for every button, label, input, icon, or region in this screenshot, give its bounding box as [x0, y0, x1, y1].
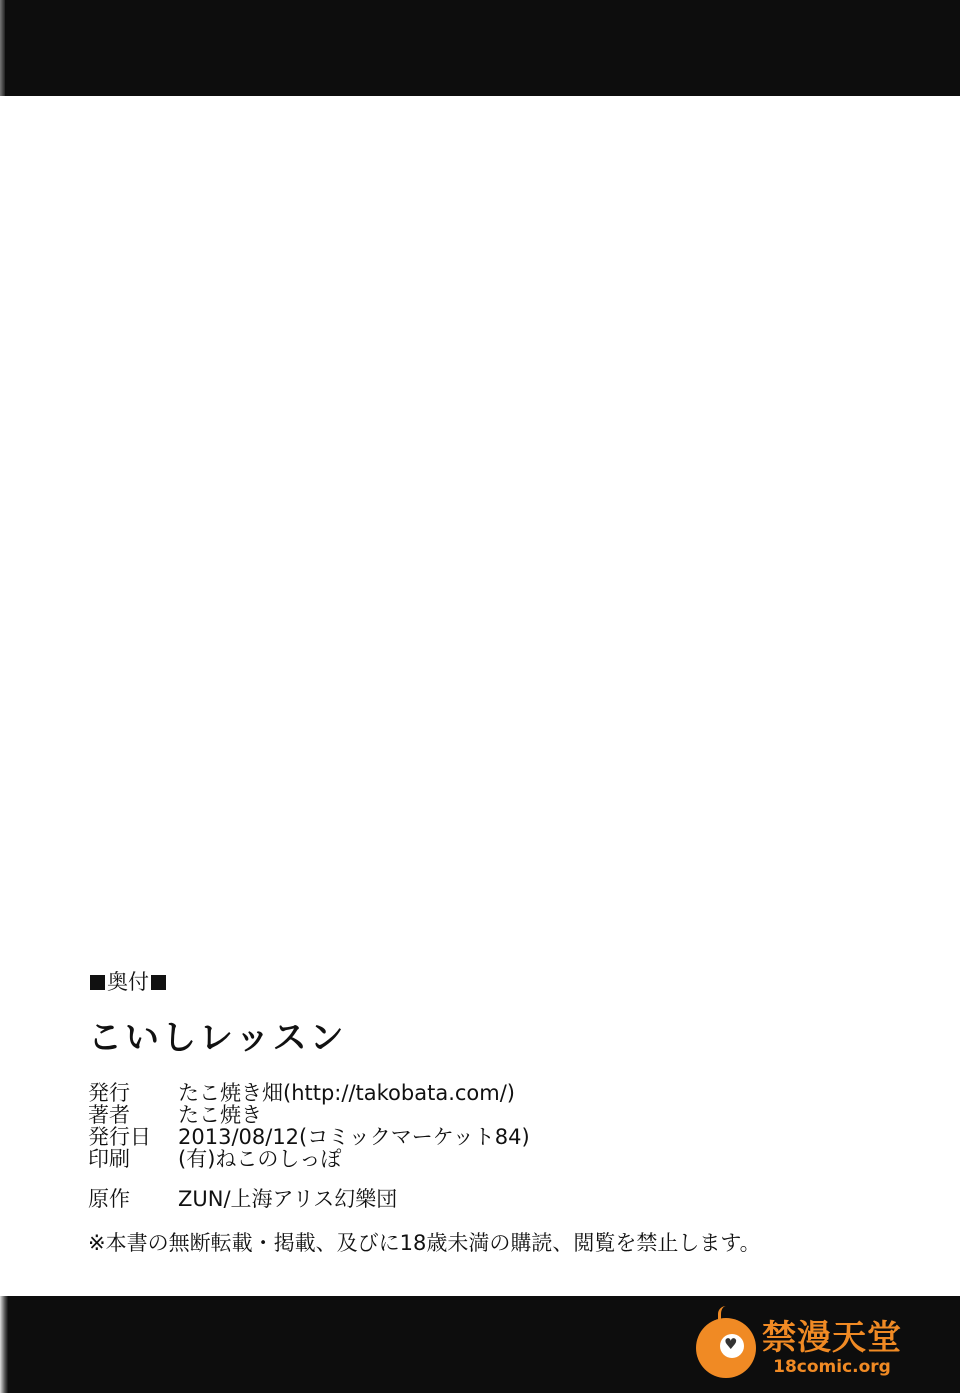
info-row-author: 著者 たこ焼き	[88, 1104, 761, 1126]
info-label: 発行日	[88, 1126, 178, 1148]
info-label: 印刷	[88, 1148, 178, 1170]
info-label: 著者	[88, 1104, 178, 1126]
info-value: 2013/08/12(コミックマーケット84)	[178, 1126, 530, 1148]
colophon-heading: 奥付	[88, 968, 761, 996]
info-value: ZUN/上海アリス幻樂団	[178, 1188, 397, 1210]
info-label: 原作	[88, 1188, 178, 1210]
square-bullet-icon	[151, 975, 166, 990]
info-row-original-work: 原作 ZUN/上海アリス幻樂団	[88, 1188, 761, 1210]
top-black-border	[0, 0, 960, 96]
info-value: たこ焼き	[178, 1104, 262, 1126]
info-row-date: 発行日 2013/08/12(コミックマーケット84)	[88, 1126, 761, 1148]
whale-heart-icon	[696, 1318, 756, 1378]
square-bullet-icon	[90, 975, 105, 990]
watermark-url: 18comic.org	[773, 1357, 891, 1377]
info-row-printer: 印刷 (有)ねこのしっぽ	[88, 1148, 761, 1170]
watermark-logo: 禁漫天堂 18comic.org	[696, 1318, 902, 1378]
info-value: (有)ねこのしっぽ	[178, 1148, 341, 1170]
info-row-publisher: 発行 たこ焼き畑(http://takobata.com/)	[88, 1082, 761, 1104]
watermark-name: 禁漫天堂	[762, 1319, 902, 1357]
info-label: 発行	[88, 1082, 178, 1104]
copyright-notice: ※本書の無断転載・掲載、及びに18歳未満の購読、閲覧を禁止します。	[88, 1230, 761, 1256]
colophon: 奥付 こいしレッスン 発行 たこ焼き畑(http://takobata.com/…	[88, 968, 761, 1256]
publication-info: 発行 たこ焼き畑(http://takobata.com/) 著者 たこ焼き 発…	[88, 1082, 761, 1210]
info-value: たこ焼き畑(http://takobata.com/)	[178, 1082, 515, 1104]
colophon-heading-text: 奥付	[107, 968, 149, 996]
book-title: こいしレッスン	[88, 1016, 761, 1060]
